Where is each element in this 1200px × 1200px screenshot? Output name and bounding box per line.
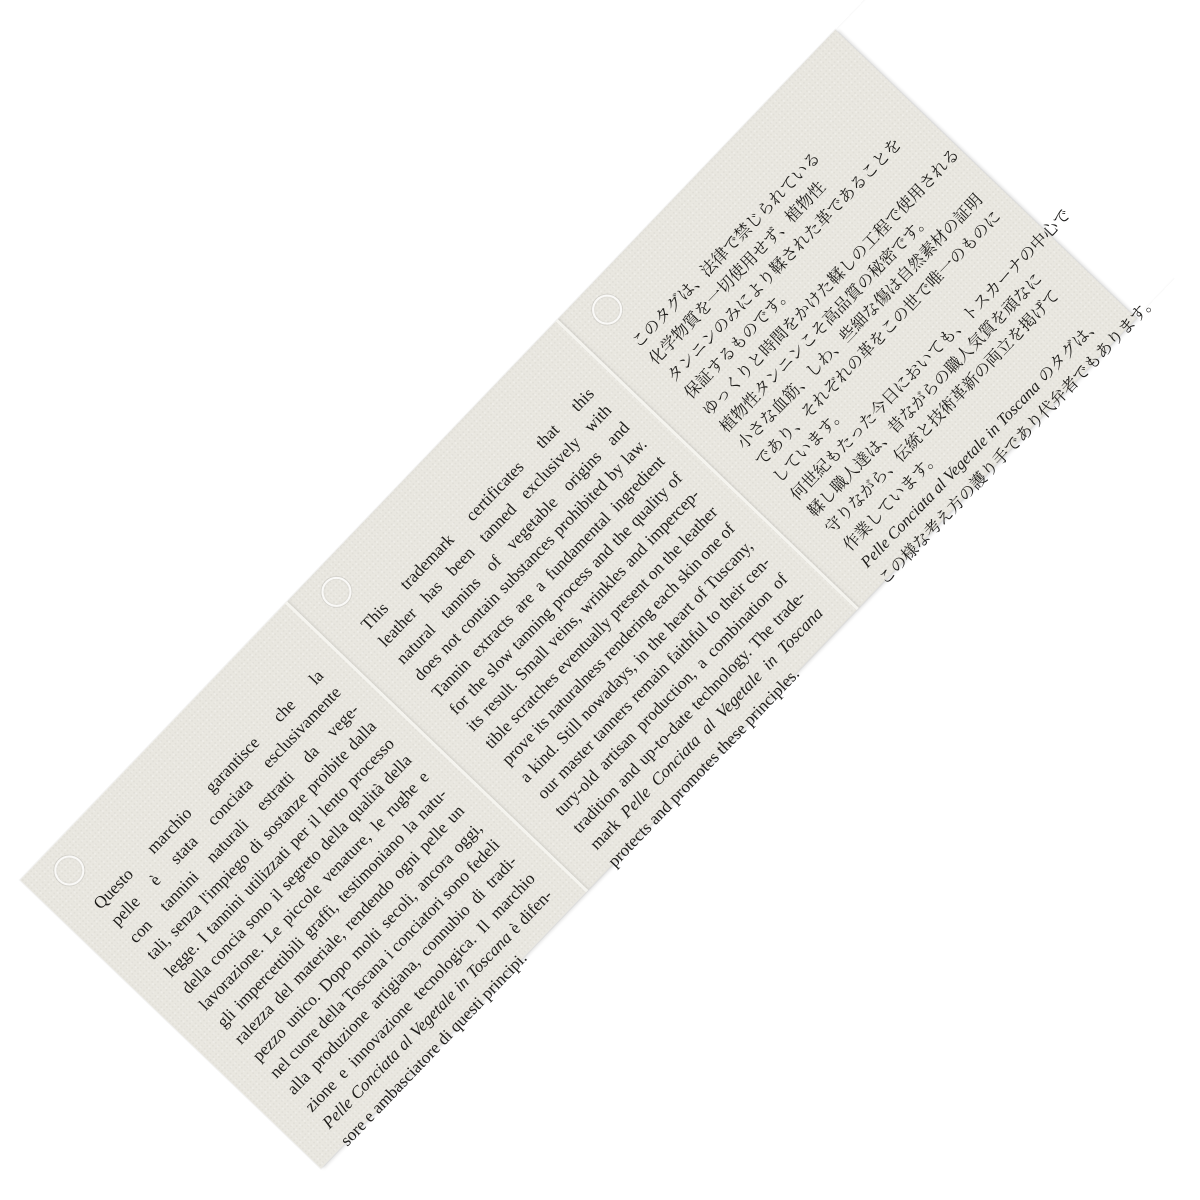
leather-certificate-tag: Questo marchio garantisce che la pelle è… bbox=[20, 30, 1136, 1169]
string-hole-icon bbox=[48, 849, 90, 891]
string-hole-icon bbox=[586, 288, 628, 330]
string-hole-icon bbox=[316, 570, 358, 612]
